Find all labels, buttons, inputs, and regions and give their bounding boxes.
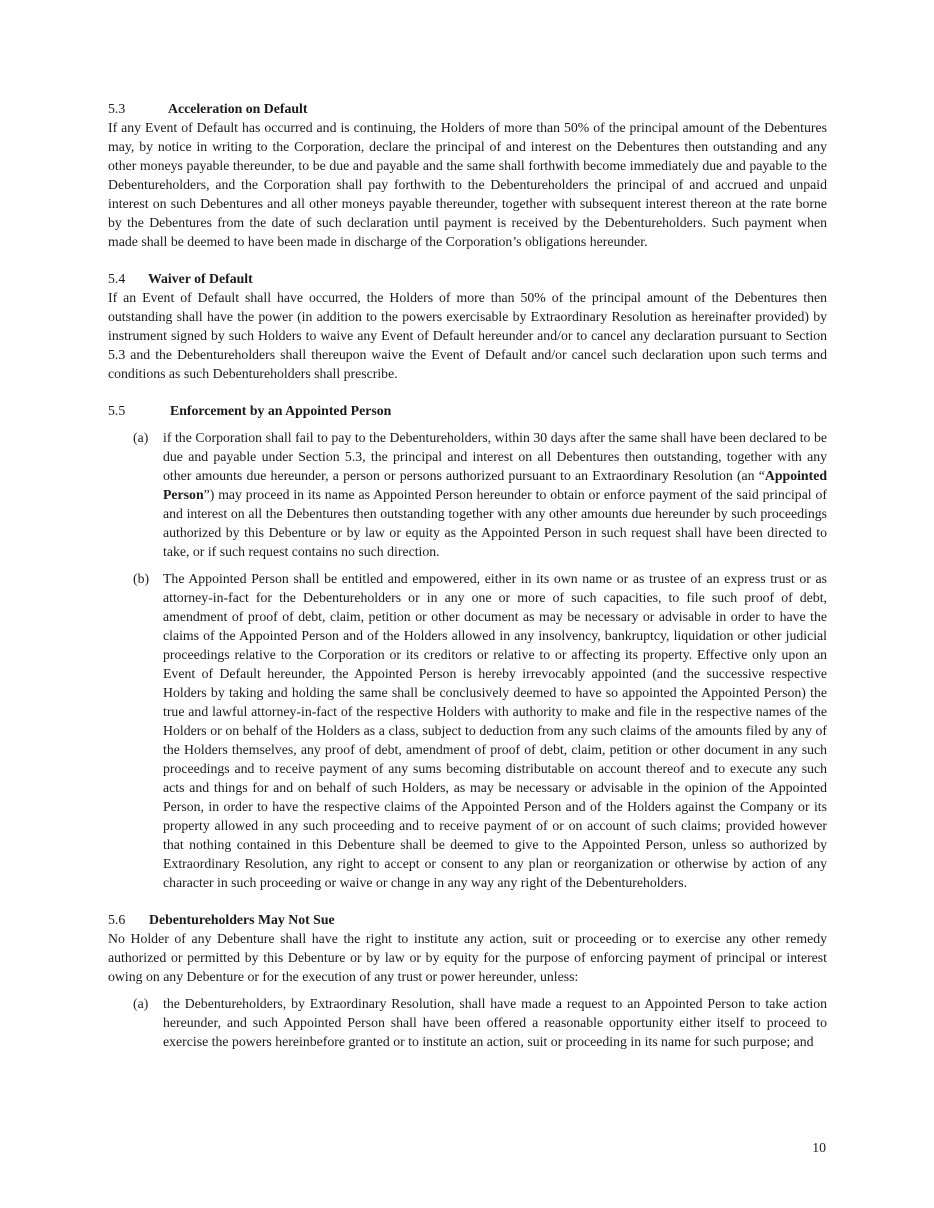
section-title: Acceleration on Default — [168, 101, 307, 116]
section-title: Enforcement by an Appointed Person — [170, 403, 391, 418]
list-item-text-before: if the Corporation shall fail to pay to … — [163, 430, 827, 483]
list-marker: (a) — [133, 994, 163, 1051]
section-heading: 5.6Debentureholders May Not Sue — [108, 910, 827, 929]
section-heading: 5.4Waiver of Default — [108, 269, 827, 288]
section-5-4: 5.4Waiver of Default If an Event of Defa… — [108, 269, 827, 383]
section-heading: 5.5Enforcement by an Appointed Person — [108, 401, 827, 420]
list-item-text: the Debentureholders, by Extraordinary R… — [163, 994, 827, 1051]
section-paragraph: No Holder of any Debenture shall have th… — [108, 929, 827, 986]
section-paragraph: If any Event of Default has occurred and… — [108, 118, 827, 251]
section-number: 5.5 — [108, 401, 170, 420]
document-page: 5.3Acceleration on Default If any Event … — [0, 0, 934, 1208]
section-paragraph: If an Event of Default shall have occurr… — [108, 288, 827, 383]
list-item-a: (a) if the Corporation shall fail to pay… — [108, 428, 827, 561]
section-heading: 5.3Acceleration on Default — [108, 99, 827, 118]
page-number: 10 — [812, 1138, 826, 1157]
section-5-3: 5.3Acceleration on Default If any Event … — [108, 99, 827, 251]
section-number: 5.4 — [108, 269, 148, 288]
list-item-text-after: ”) may proceed in its name as Appointed … — [163, 487, 827, 559]
section-number: 5.3 — [108, 99, 168, 118]
list-item-text: if the Corporation shall fail to pay to … — [163, 428, 827, 561]
list-item-a: (a) the Debentureholders, by Extraordina… — [108, 994, 827, 1051]
section-title: Waiver of Default — [148, 271, 253, 286]
list-marker: (b) — [133, 569, 163, 892]
section-number: 5.6 — [108, 910, 149, 929]
list-item-text: The Appointed Person shall be entitled a… — [163, 569, 827, 892]
section-5-6: 5.6Debentureholders May Not Sue No Holde… — [108, 910, 827, 1051]
list-item-b: (b) The Appointed Person shall be entitl… — [108, 569, 827, 892]
section-title: Debentureholders May Not Sue — [149, 912, 335, 927]
list-marker: (a) — [133, 428, 163, 561]
section-5-5: 5.5Enforcement by an Appointed Person (a… — [108, 401, 827, 892]
